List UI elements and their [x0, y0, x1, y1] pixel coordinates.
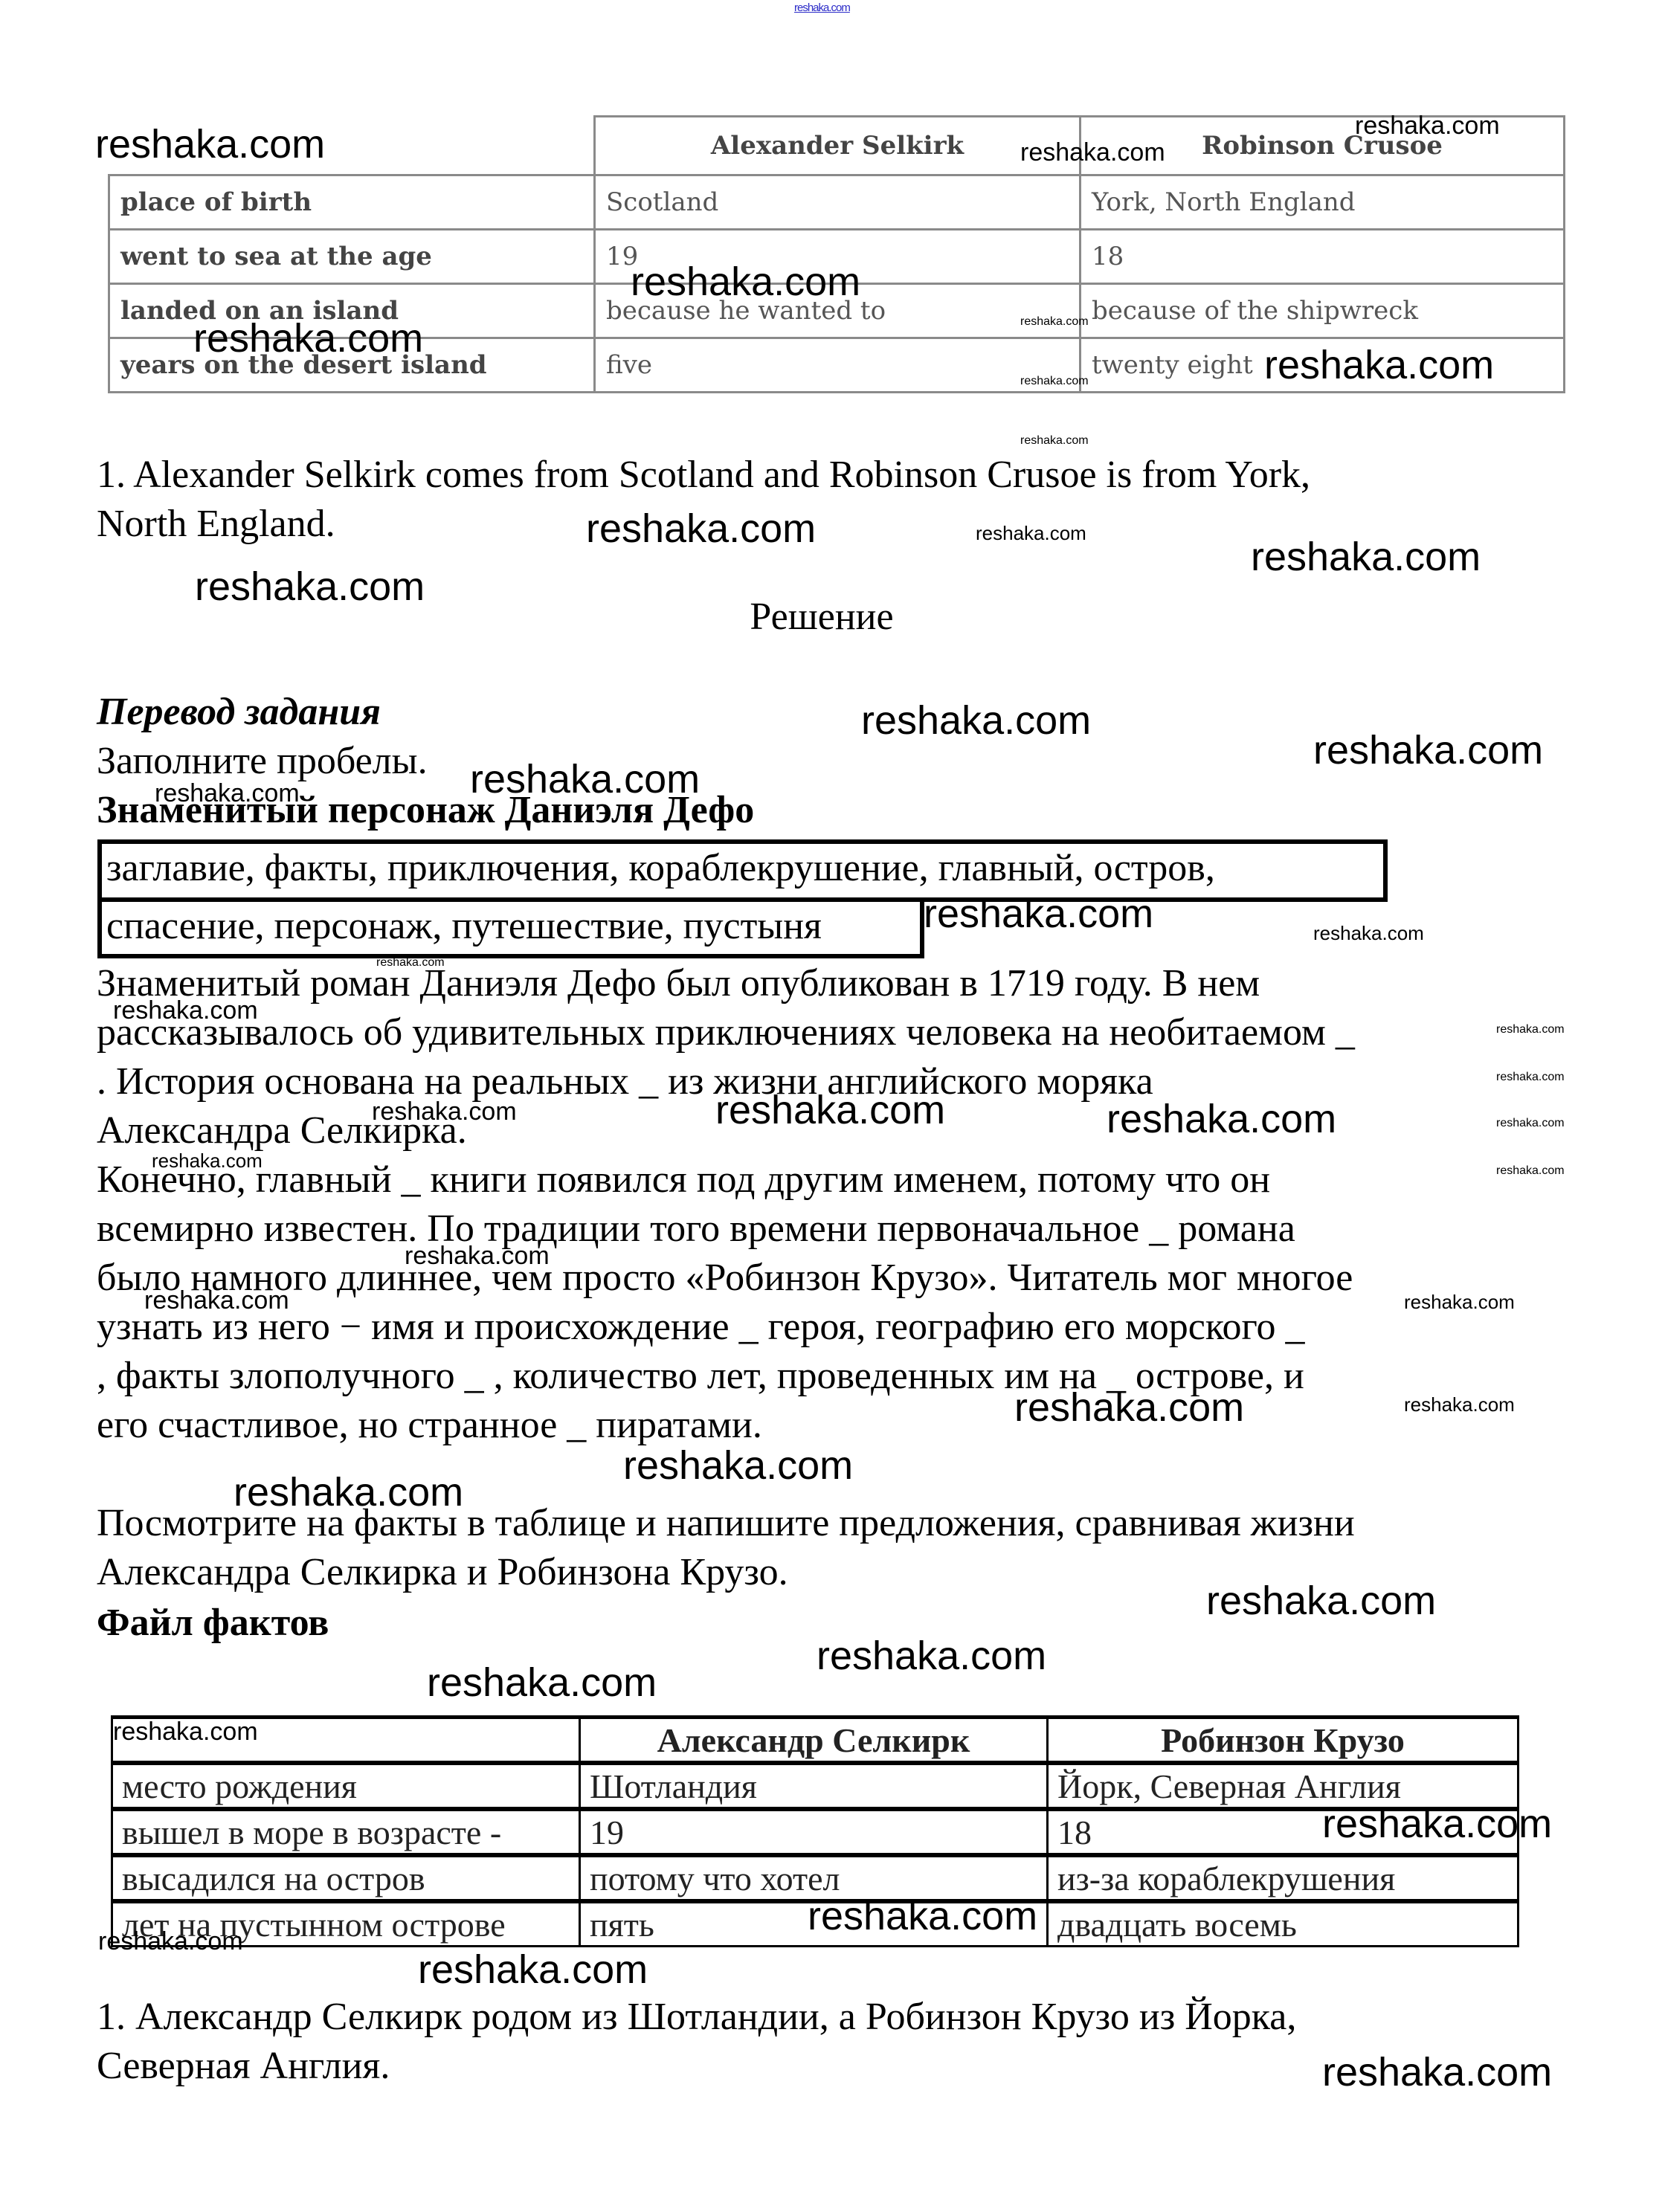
- watermark: reshaka.com: [808, 1893, 1037, 1939]
- watermark: reshaka.com: [1404, 1291, 1515, 1314]
- watermark: reshaka.com: [715, 1087, 945, 1133]
- watermark: reshaka.com: [1206, 1578, 1436, 1624]
- watermark: reshaka.com: [1496, 1117, 1565, 1130]
- row-label: вышел в море в возрасте -: [112, 1809, 580, 1855]
- facts-heading: Файл фактов: [97, 1599, 329, 1648]
- watermark: reshaka.com: [1014, 1384, 1244, 1431]
- table-row: place of birth Scotland York, North Engl…: [109, 175, 1565, 230]
- table-row: вышел в море в возрасте - 19 18: [112, 1809, 1519, 1855]
- watermark: reshaka.com: [470, 756, 700, 802]
- watermark: reshaka.com: [113, 1718, 258, 1747]
- paragraph-line: Знаменитый роман Даниэля Дефо был опубли…: [97, 959, 1260, 1008]
- table-row: место рождения Шотландия Йорк, Северная …: [112, 1763, 1519, 1809]
- watermark: reshaka.com: [1107, 1096, 1336, 1142]
- word-bank-line-1: заглавие, факты, приключения, кораблекру…: [97, 839, 1388, 902]
- watermark: reshaka.com: [1496, 1164, 1565, 1178]
- table-header-row: Александр Селкирк Робинзон Крузо: [112, 1718, 1519, 1764]
- paragraph-line: всемирно известен. По традиции того врем…: [97, 1205, 1295, 1254]
- watermark: reshaka.com: [1322, 2049, 1552, 2095]
- paragraph-line: . История основана на реальных _ из жизн…: [97, 1057, 1153, 1106]
- watermark: reshaka.com: [1313, 922, 1424, 945]
- table-cell: five: [595, 338, 1081, 393]
- watermark: reshaka.com: [861, 697, 1091, 744]
- watermark: reshaka.com: [631, 259, 860, 305]
- watermark: reshaka.com: [1313, 727, 1543, 773]
- watermark: reshaka.com: [1020, 315, 1089, 329]
- table-cell: Шотландия: [580, 1763, 1048, 1809]
- table-cell: York, North England: [1081, 175, 1565, 230]
- table-header-row: Alexander Selkirk Robinson Crusoe: [109, 117, 1565, 175]
- table-cell: because of the shipwreck: [1081, 284, 1565, 338]
- table-header-cell: Александр Селкирк: [580, 1718, 1048, 1764]
- row-label: went to sea at the age: [109, 230, 595, 284]
- translation-heading: Перевод задания: [97, 688, 381, 737]
- answer-english-line-1: 1. Alexander Selkirk comes from Scotland…: [97, 451, 1310, 500]
- table-cell: 18: [1081, 230, 1565, 284]
- watermark: reshaka.com: [1251, 534, 1481, 580]
- watermark: reshaka.com: [586, 506, 816, 552]
- watermark: reshaka.com: [95, 121, 325, 167]
- table-cell: 19: [580, 1809, 1048, 1855]
- watermark: reshaka.com: [144, 1286, 289, 1315]
- watermark: reshaka.com: [418, 1947, 648, 1993]
- row-label: место рождения: [112, 1763, 580, 1809]
- watermark: reshaka.com: [1264, 342, 1494, 388]
- watermark: reshaka.com: [1496, 1023, 1565, 1036]
- watermark: reshaka.com: [623, 1442, 853, 1489]
- watermark: reshaka.com: [1404, 1393, 1515, 1416]
- watermark: reshaka.com: [1020, 434, 1089, 448]
- watermark: reshaka.com: [152, 1149, 263, 1173]
- watermark: reshaka.com: [193, 315, 423, 361]
- answer-russian-line-2: Северная Англия.: [97, 2042, 390, 2091]
- watermark: reshaka.com: [1496, 1071, 1565, 1084]
- table-header-cell: Alexander Selkirk: [595, 117, 1081, 175]
- table-header-cell: Робинзон Крузо: [1048, 1718, 1519, 1764]
- row-label: высадился на остров: [112, 1855, 580, 1901]
- table-cell: двадцать восемь: [1048, 1901, 1519, 1947]
- answer-russian-line-1: 1. Александр Селкирк родом из Шотландии,…: [97, 1993, 1296, 2042]
- watermark: reshaka.com: [113, 996, 258, 1025]
- watermark: reshaka.com: [234, 1469, 463, 1515]
- watermark: reshaka.com: [405, 1242, 550, 1271]
- watermark: reshaka.com: [1020, 375, 1089, 388]
- watermark: reshaka.com: [1020, 138, 1165, 167]
- watermark: reshaka.com: [98, 1927, 243, 1956]
- paragraph-line: рассказывалось об удивительных приключен…: [97, 1008, 1355, 1057]
- paragraph-line: Конечно, главный _ книги появился под др…: [97, 1155, 1270, 1205]
- site-link[interactable]: reshaka.com: [794, 1, 850, 14]
- watermark: reshaka.com: [924, 891, 1153, 937]
- table-cell: из-за кораблекрушения: [1048, 1855, 1519, 1901]
- watermark: reshaka.com: [376, 956, 445, 970]
- watermark: reshaka.com: [195, 564, 425, 610]
- word-bank-text: спасение, персонаж, путешествие, пустыня: [106, 905, 822, 947]
- answer-english-line-2: North England.: [97, 500, 335, 549]
- row-label: place of birth: [109, 175, 595, 230]
- watermark: reshaka.com: [155, 779, 300, 808]
- word-bank-text: заглавие, факты, приключения, кораблекру…: [106, 847, 1215, 889]
- watermark: reshaka.com: [1322, 1801, 1552, 1847]
- watermark: reshaka.com: [372, 1097, 517, 1126]
- watermark: reshaka.com: [817, 1633, 1046, 1679]
- table-cell: Scotland: [595, 175, 1081, 230]
- watermark: reshaka.com: [427, 1660, 657, 1706]
- word-bank-line-2: спасение, персонаж, путешествие, пустыня: [97, 897, 924, 958]
- task-line: Александра Селкирка и Робинзона Крузо.: [97, 1548, 788, 1597]
- watermark: reshaka.com: [1355, 112, 1500, 141]
- watermark: reshaka.com: [976, 522, 1086, 545]
